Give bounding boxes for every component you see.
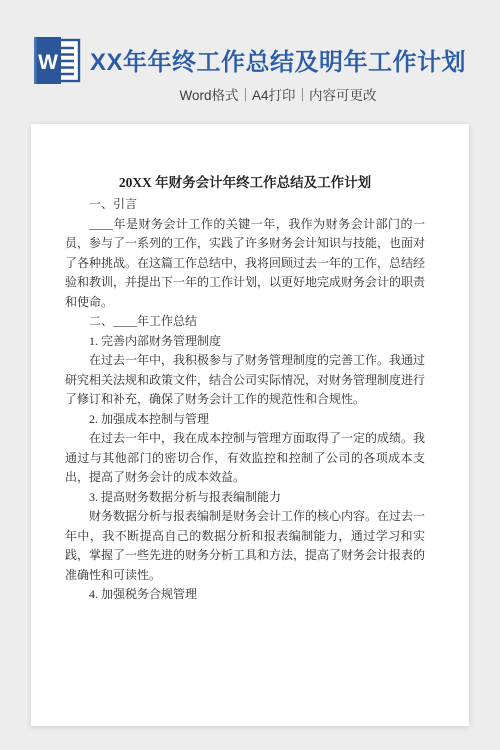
preview-header: W XX年年终工作总结及明年工作计划 Word格式｜A4打印｜内容可更改 <box>0 0 500 124</box>
page-subtitle: Word格式｜A4打印｜内容可更改 <box>56 84 500 104</box>
document-page[interactable]: 20XX 年财务会计年终工作总结及工作计划 一、引言 ____年是财务会计工作的… <box>31 124 469 726</box>
doc-heading-intro: 一、引言 <box>65 195 425 215</box>
page-title: XX年年终工作总结及明年工作计划 <box>56 42 500 77</box>
doc-heading-item-1: 1. 完善内部财务管理制度 <box>65 332 425 352</box>
doc-heading-item-4: 4. 加强税务合规管理 <box>65 585 425 605</box>
doc-paragraph: 在过去一年中，我积极参与了财务管理制度的完善工作。我通过研究相关法规和政策文件，… <box>65 351 425 410</box>
doc-heading-item-3: 3. 提高财务数据分析与报表编制能力 <box>65 488 425 508</box>
doc-heading-summary: 二、____年工作总结 <box>65 312 425 332</box>
document-title: 20XX 年财务会计年终工作总结及工作计划 <box>65 171 425 195</box>
template-preview: W XX年年终工作总结及明年工作计划 Word格式｜A4打印｜内容可更改 20X… <box>0 0 500 750</box>
doc-paragraph: 在过去一年中，我在成本控制与管理方面取得了一定的成绩。我通过与其他部门的密切合作… <box>65 429 425 488</box>
doc-paragraph: 财务数据分析与报表编制是财务会计工作的核心内容。在过去一年中，我不断提高自己的数… <box>65 507 425 585</box>
doc-paragraph: ____年是财务会计工作的关键一年，我作为财务会计部门的一员，参与了一系列的工作… <box>65 215 425 313</box>
doc-heading-item-2: 2. 加强成本控制与管理 <box>65 410 425 430</box>
